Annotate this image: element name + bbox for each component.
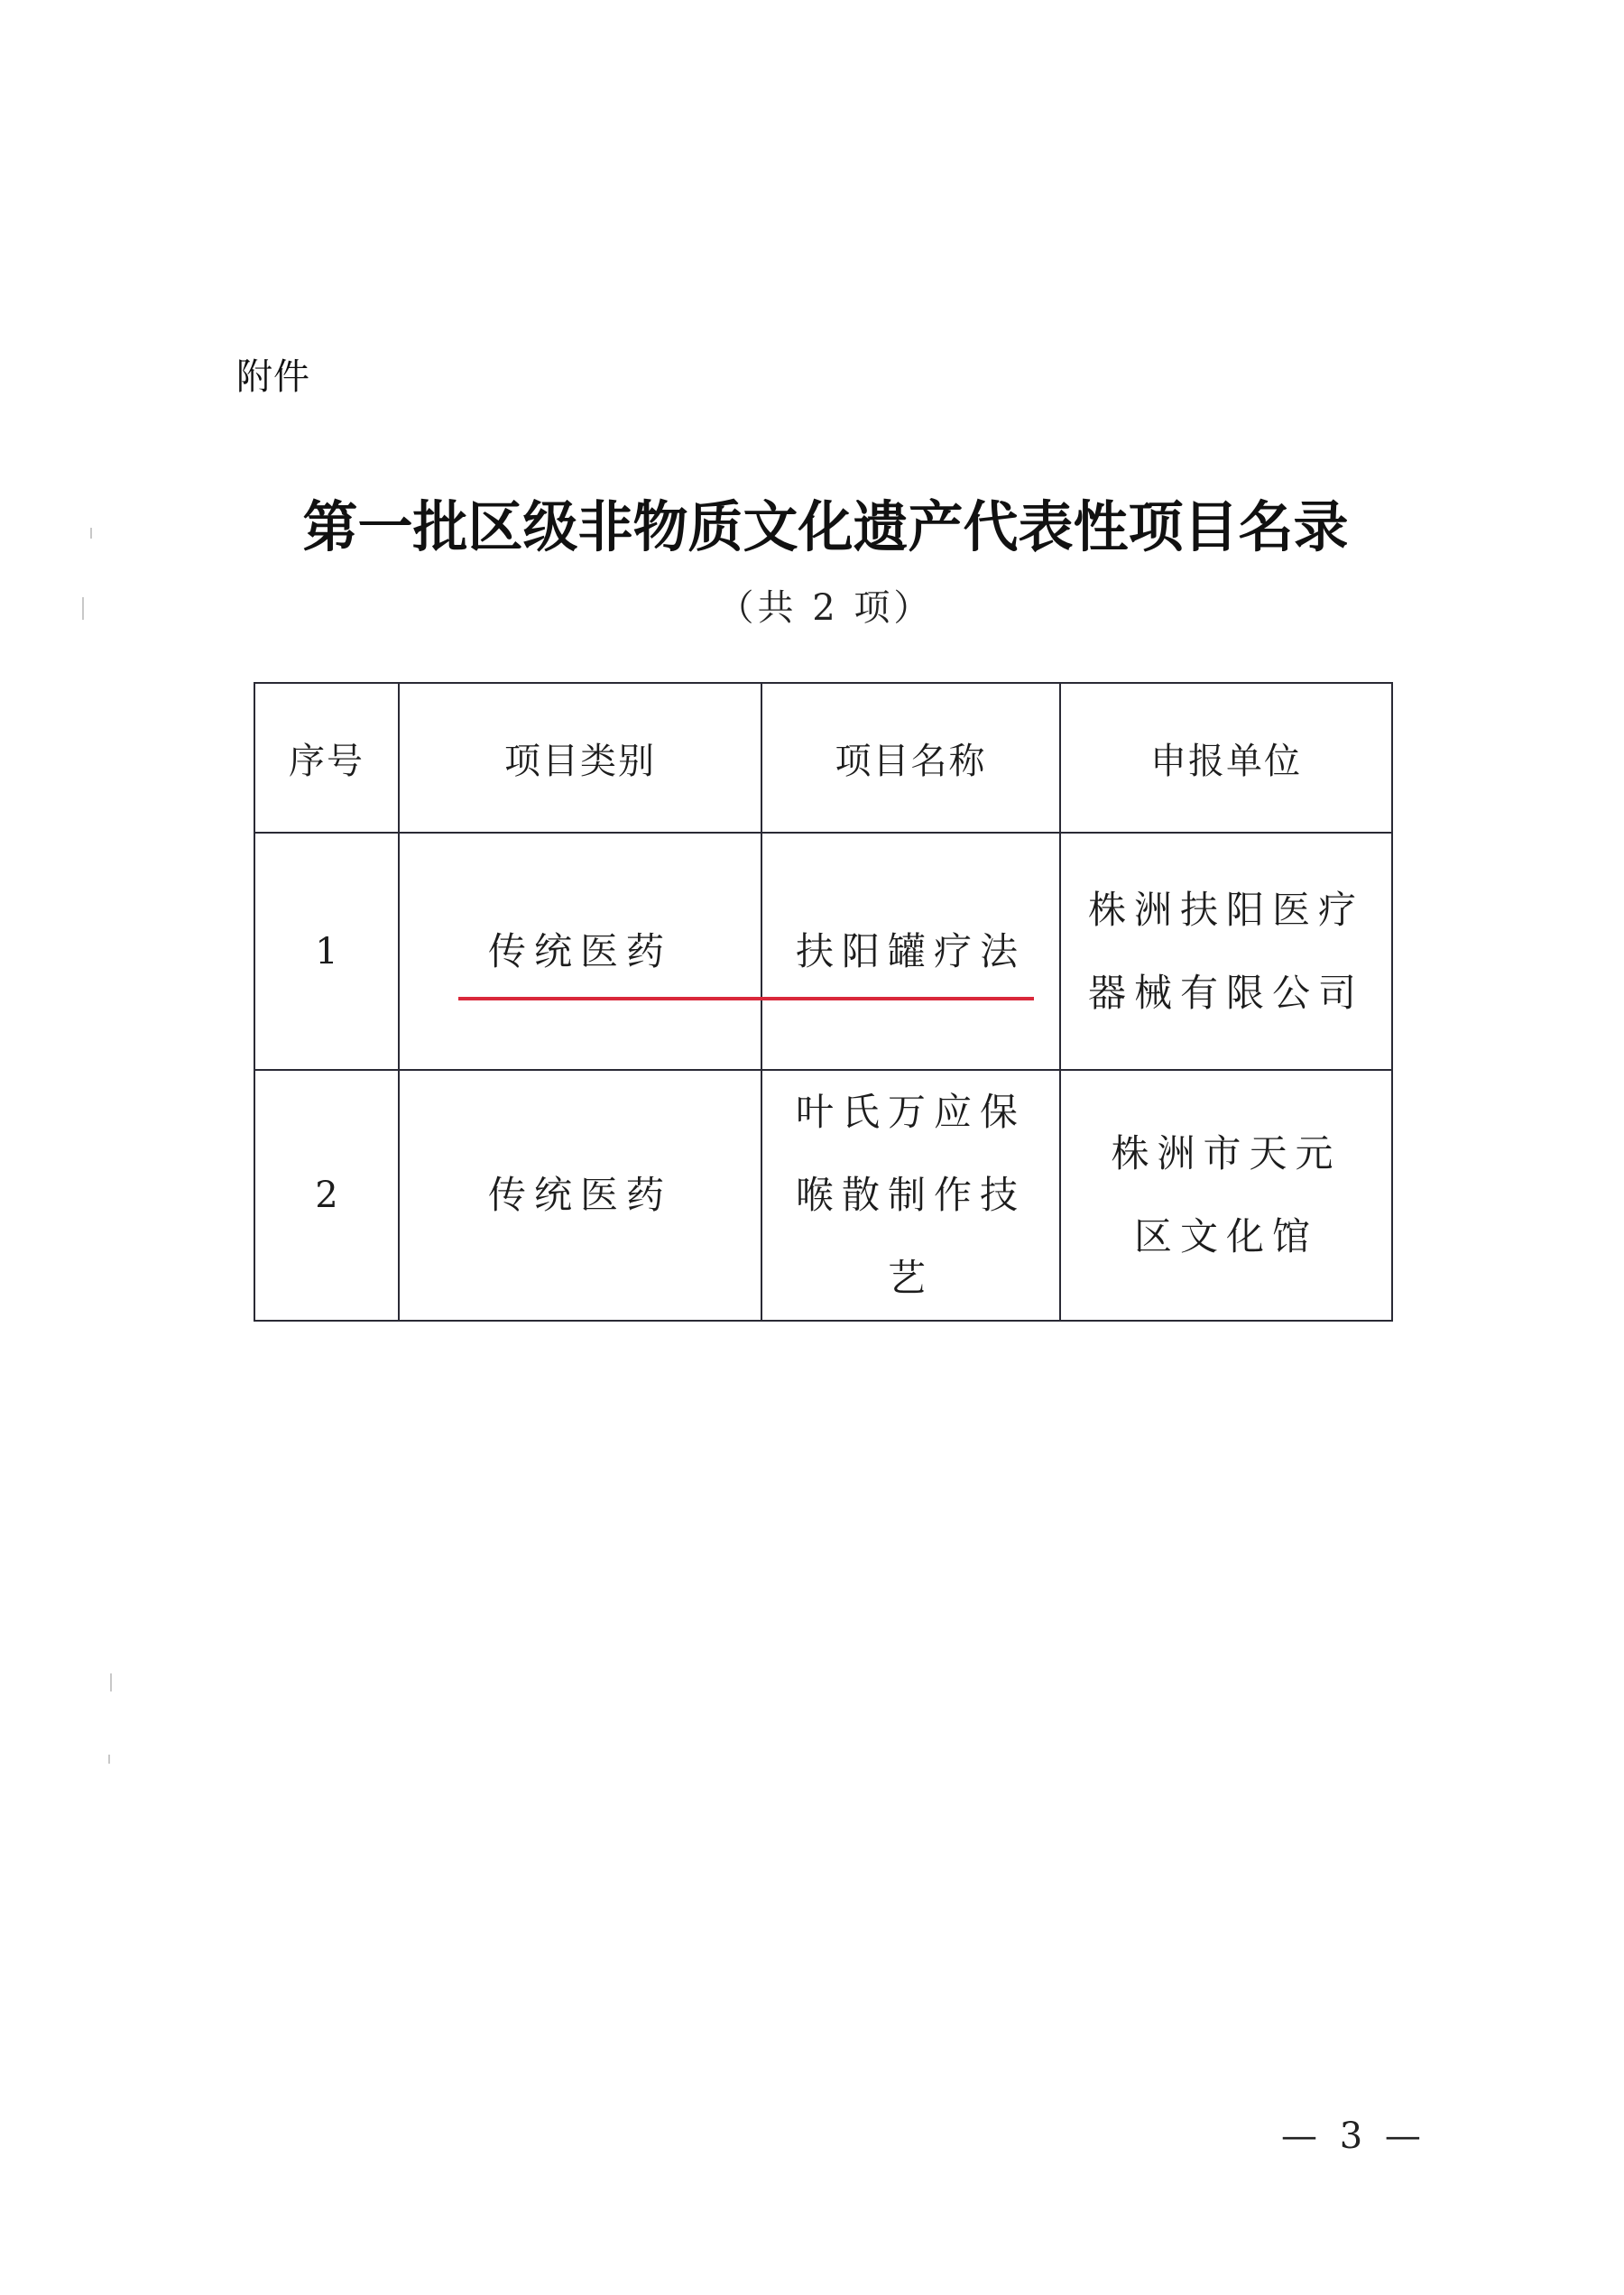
item-count: （共 2 项） <box>253 579 1398 631</box>
cell-applicant: 株洲扶阳医疗器械有限公司 <box>1060 833 1392 1070</box>
project-name-text: 叶氏万应保喉散制作技艺 <box>796 1090 1026 1300</box>
red-underline-annotation <box>458 997 1034 1000</box>
cell-project-name: 扶阳罐疗法 <box>761 833 1060 1070</box>
applicant-text: 株洲扶阳医疗器械有限公司 <box>1088 888 1364 1015</box>
table-row: 2 传统医药 叶氏万应保喉散制作技艺 株洲市天元区文化馆 <box>254 1070 1392 1321</box>
cell-applicant: 株洲市天元区文化馆 <box>1060 1070 1392 1321</box>
scan-artifact <box>108 1755 110 1764</box>
cell-category: 传统医药 <box>399 1070 761 1321</box>
scan-artifact <box>110 1673 112 1691</box>
page-number: — 3 — <box>1281 2115 1416 2157</box>
scan-artifact <box>82 597 84 620</box>
table-row: 1 传统医药 扶阳罐疗法 株洲扶阳医疗器械有限公司 <box>254 833 1392 1070</box>
header-seq: 序号 <box>254 683 399 833</box>
scan-artifact <box>90 528 92 539</box>
header-applicant: 申报单位 <box>1060 683 1392 833</box>
cell-seq: 1 <box>254 833 399 1070</box>
cell-seq: 2 <box>254 1070 399 1321</box>
cell-category: 传统医药 <box>399 833 761 1070</box>
attachment-label: 附件 <box>236 348 310 400</box>
cell-project-name: 叶氏万应保喉散制作技艺 <box>761 1070 1060 1321</box>
header-project-name: 项目名称 <box>761 683 1060 833</box>
applicant-text: 株洲市天元区文化馆 <box>1111 1131 1341 1258</box>
document-title: 第一批区级非物质文化遗产代表性项目名录 <box>253 484 1398 562</box>
header-category: 项目类别 <box>399 683 761 833</box>
heritage-project-table: 序号 项目类别 项目名称 申报单位 1 传统医药 扶阳罐疗法 株洲扶阳医疗器械有… <box>254 682 1393 1322</box>
table-header-row: 序号 项目类别 项目名称 申报单位 <box>254 683 1392 833</box>
